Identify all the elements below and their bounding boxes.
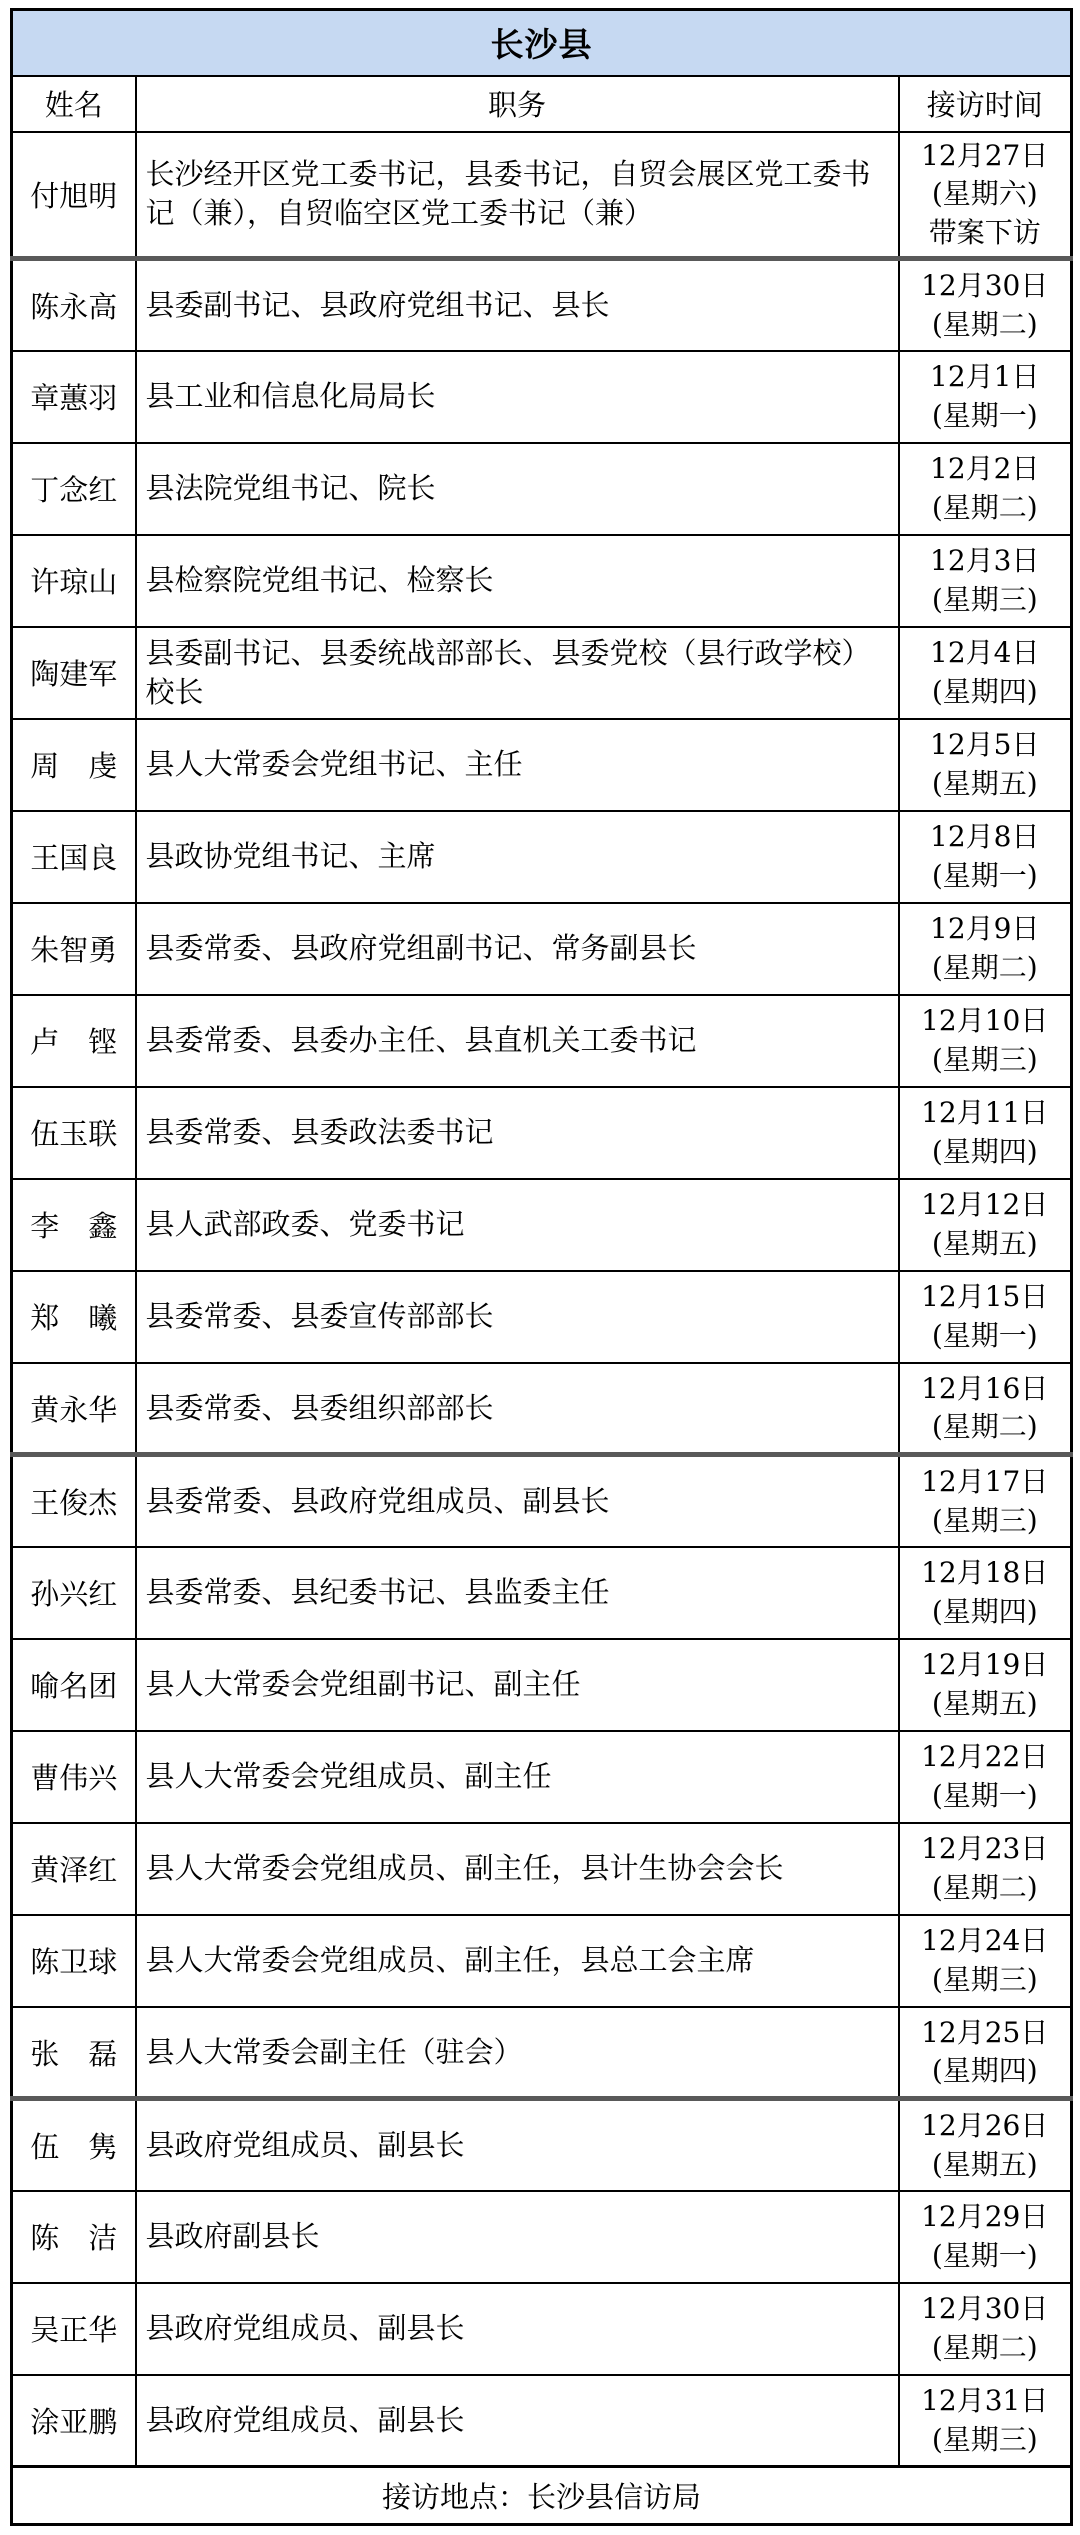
reception-weekday: (星期二) (902, 1408, 1069, 1447)
reception-time-cell: 12月11日(星期四) (899, 1087, 1072, 1179)
reception-date: 12月8日 (902, 818, 1069, 857)
reception-date: 12月30日 (902, 267, 1069, 306)
official-name: 黄泽红 (12, 1823, 136, 1915)
reception-date: 12月2日 (902, 450, 1069, 489)
reception-weekday: (星期二) (902, 1869, 1069, 1908)
reception-date: 12月1日 (902, 358, 1069, 397)
reception-time-cell: 12月31日(星期三) (899, 2375, 1072, 2467)
reception-date: 12月25日 (902, 2014, 1069, 2053)
reception-time-cell: 12月5日(星期五) (899, 719, 1072, 811)
table-row: 伍玉联县委常委、县委政法委书记12月11日(星期四) (12, 1087, 1072, 1179)
reception-date: 12月26日 (902, 2107, 1069, 2146)
official-position: 县政府党组成员、副县长 (136, 2375, 899, 2467)
table-row: 李 鑫县人武部政委、党委书记12月12日(星期五) (12, 1179, 1072, 1271)
reception-schedule-table: 长沙县 姓名 职务 接访时间 付旭明长沙经开区党工委书记，县委书记，自贸会展区党… (10, 8, 1073, 2526)
official-position: 县政府副县长 (136, 2191, 899, 2283)
reception-weekday: (星期四) (902, 2052, 1069, 2091)
reception-weekday: (星期一) (902, 397, 1069, 436)
reception-date: 12月5日 (902, 726, 1069, 765)
reception-date: 12月16日 (902, 1370, 1069, 1409)
official-position: 县人武部政委、党委书记 (136, 1179, 899, 1271)
reception-date: 12月12日 (902, 1186, 1069, 1225)
table-title-row: 长沙县 (12, 10, 1072, 76)
county-title: 长沙县 (12, 10, 1072, 76)
table-row: 章蕙羽县工业和信息化局局长12月1日(星期一) (12, 351, 1072, 443)
table-row: 王国良县政协党组书记、主席12月8日(星期一) (12, 811, 1072, 903)
reception-time-cell: 12月26日(星期五) (899, 2099, 1072, 2191)
official-name: 付旭明 (12, 132, 136, 259)
reception-weekday: (星期四) (902, 1133, 1069, 1172)
table-row: 张 磊县人大常委会副主任（驻会）12月25日(星期四) (12, 2007, 1072, 2099)
reception-weekday: (星期五) (902, 1225, 1069, 1264)
official-name: 孙兴红 (12, 1547, 136, 1639)
official-position: 县委常委、县政府党组副书记、常务副县长 (136, 903, 899, 995)
reception-weekday: (星期四) (902, 1593, 1069, 1632)
official-name: 陶建军 (12, 627, 136, 719)
official-position: 县政协党组书记、主席 (136, 811, 899, 903)
official-position: 县检察院党组书记、检察长 (136, 535, 899, 627)
reception-time-cell: 12月22日(星期一) (899, 1731, 1072, 1823)
official-position: 县委副书记、县委统战部部长、县委党校（县行政学校）校长 (136, 627, 899, 719)
column-header-row: 姓名 职务 接访时间 (12, 76, 1072, 132)
reception-date: 12月27日 (902, 137, 1069, 176)
reception-date: 12月23日 (902, 1830, 1069, 1869)
official-position: 县政府党组成员、副县长 (136, 2283, 899, 2375)
reception-date: 12月15日 (902, 1278, 1069, 1317)
reception-weekday: (星期二) (902, 306, 1069, 345)
reception-time-cell: 12月25日(星期四) (899, 2007, 1072, 2099)
official-position: 县委常委、县委宣传部部长 (136, 1271, 899, 1363)
reception-weekday: (星期四) (902, 673, 1069, 712)
table-row: 付旭明长沙经开区党工委书记，县委书记，自贸会展区党工委书记（兼），自贸临空区党工… (12, 132, 1072, 259)
official-name: 章蕙羽 (12, 351, 136, 443)
reception-weekday: (星期二) (902, 489, 1069, 528)
table-row: 许琼山县检察院党组书记、检察长12月3日(星期三) (12, 535, 1072, 627)
reception-weekday: (星期一) (902, 1777, 1069, 1816)
reception-date: 12月9日 (902, 910, 1069, 949)
reception-weekday: (星期三) (902, 2421, 1069, 2460)
reception-weekday: (星期二) (902, 2329, 1069, 2368)
reception-weekday: (星期六) (902, 175, 1069, 214)
official-position: 县人大常委会党组成员、副主任，县计生协会会长 (136, 1823, 899, 1915)
official-name: 周 虔 (12, 719, 136, 811)
reception-date: 12月22日 (902, 1738, 1069, 1777)
reception-weekday: (星期三) (902, 1961, 1069, 2000)
reception-weekday: (星期五) (902, 2146, 1069, 2185)
column-header-position: 职务 (136, 76, 899, 132)
reception-time-cell: 12月4日(星期四) (899, 627, 1072, 719)
table-row: 陈卫球县人大常委会党组成员、副主任，县总工会主席12月24日(星期三) (12, 1915, 1072, 2007)
official-position: 长沙经开区党工委书记，县委书记，自贸会展区党工委书记（兼），自贸临空区党工委书记… (136, 132, 899, 259)
reception-weekday: (星期三) (902, 1041, 1069, 1080)
table-row: 陈 洁县政府副县长12月29日(星期一) (12, 2191, 1072, 2283)
reception-date: 12月29日 (902, 2198, 1069, 2237)
official-name: 涂亚鹏 (12, 2375, 136, 2467)
reception-time-cell: 12月29日(星期一) (899, 2191, 1072, 2283)
table-row: 朱智勇县委常委、县政府党组副书记、常务副县长12月9日(星期二) (12, 903, 1072, 995)
reception-time-cell: 12月3日(星期三) (899, 535, 1072, 627)
official-position: 县人大常委会党组书记、主任 (136, 719, 899, 811)
table-row: 丁念红县法院党组书记、院长12月2日(星期二) (12, 443, 1072, 535)
table-row: 黄永华县委常委、县委组织部部长12月16日(星期二) (12, 1363, 1072, 1455)
official-name: 伍 隽 (12, 2099, 136, 2191)
official-name: 卢 铿 (12, 995, 136, 1087)
reception-weekday: (星期五) (902, 765, 1069, 804)
table-footer-row: 接访地点：长沙县信访局 (12, 2467, 1072, 2525)
reception-date: 12月19日 (902, 1646, 1069, 1685)
official-position: 县委常委、县委办主任、县直机关工委书记 (136, 995, 899, 1087)
reception-time-cell: 12月19日(星期五) (899, 1639, 1072, 1731)
official-name: 黄永华 (12, 1363, 136, 1455)
official-position: 县人大常委会副主任（驻会） (136, 2007, 899, 2099)
table-row: 涂亚鹏县政府党组成员、副县长12月31日(星期三) (12, 2375, 1072, 2467)
official-name: 陈 洁 (12, 2191, 136, 2283)
reception-time-cell: 12月17日(星期三) (899, 1455, 1072, 1547)
table-row: 王俊杰县委常委、县政府党组成员、副县长12月17日(星期三) (12, 1455, 1072, 1547)
column-header-name: 姓名 (12, 76, 136, 132)
table-row: 吴正华县政府党组成员、副县长12月30日(星期二) (12, 2283, 1072, 2375)
official-position: 县人大常委会党组成员、副主任，县总工会主席 (136, 1915, 899, 2007)
reception-time-cell: 12月2日(星期二) (899, 443, 1072, 535)
reception-time-cell: 12月8日(星期一) (899, 811, 1072, 903)
reception-time-cell: 12月24日(星期三) (899, 1915, 1072, 2007)
reception-weekday: (星期一) (902, 2237, 1069, 2276)
official-position: 县委副书记、县政府党组书记、县长 (136, 259, 899, 351)
official-name: 朱智勇 (12, 903, 136, 995)
official-name: 伍玉联 (12, 1087, 136, 1179)
reception-time-cell: 12月27日(星期六)带案下访 (899, 132, 1072, 259)
reception-weekday: (星期三) (902, 581, 1069, 620)
column-header-time: 接访时间 (899, 76, 1072, 132)
page: 长沙县 姓名 职务 接访时间 付旭明长沙经开区党工委书记，县委书记，自贸会展区党… (0, 0, 1080, 2535)
table-row: 周 虔县人大常委会党组书记、主任12月5日(星期五) (12, 719, 1072, 811)
reception-weekday: (星期二) (902, 949, 1069, 988)
reception-time-cell: 12月1日(星期一) (899, 351, 1072, 443)
official-position: 县人大常委会党组副书记、副主任 (136, 1639, 899, 1731)
table-row: 陶建军县委副书记、县委统战部部长、县委党校（县行政学校）校长12月4日(星期四) (12, 627, 1072, 719)
official-name: 陈永高 (12, 259, 136, 351)
reception-time-cell: 12月15日(星期一) (899, 1271, 1072, 1363)
reception-time-cell: 12月16日(星期二) (899, 1363, 1072, 1455)
reception-date: 12月18日 (902, 1554, 1069, 1593)
reception-time-cell: 12月30日(星期二) (899, 2283, 1072, 2375)
official-name: 丁念红 (12, 443, 136, 535)
table-row: 黄泽红县人大常委会党组成员、副主任，县计生协会会长12月23日(星期二) (12, 1823, 1072, 1915)
table-row: 卢 铿县委常委、县委办主任、县直机关工委书记12月10日(星期三) (12, 995, 1072, 1087)
official-name: 喻名团 (12, 1639, 136, 1731)
reception-time-cell: 12月10日(星期三) (899, 995, 1072, 1087)
official-name: 吴正华 (12, 2283, 136, 2375)
table-row: 伍 隽县政府党组成员、副县长12月26日(星期五) (12, 2099, 1072, 2191)
reception-date: 12月11日 (902, 1094, 1069, 1133)
official-name: 陈卫球 (12, 1915, 136, 2007)
official-position: 县委常委、县政府党组成员、副县长 (136, 1455, 899, 1547)
official-position: 县委常委、县纪委书记、县监委主任 (136, 1547, 899, 1639)
official-position: 县人大常委会党组成员、副主任 (136, 1731, 899, 1823)
official-position: 县委常委、县委组织部部长 (136, 1363, 899, 1455)
reception-time-cell: 12月23日(星期二) (899, 1823, 1072, 1915)
reception-location: 接访地点：长沙县信访局 (12, 2467, 1072, 2525)
official-name: 郑 曦 (12, 1271, 136, 1363)
reception-date: 12月31日 (902, 2382, 1069, 2421)
official-name: 王国良 (12, 811, 136, 903)
official-name: 王俊杰 (12, 1455, 136, 1547)
reception-time-cell: 12月9日(星期二) (899, 903, 1072, 995)
reception-date: 12月17日 (902, 1463, 1069, 1502)
reception-date: 12月24日 (902, 1922, 1069, 1961)
reception-time-cell: 12月18日(星期四) (899, 1547, 1072, 1639)
table-row: 陈永高县委副书记、县政府党组书记、县长12月30日(星期二) (12, 259, 1072, 351)
reception-date: 12月4日 (902, 634, 1069, 673)
reception-weekday: (星期五) (902, 1685, 1069, 1724)
reception-weekday: (星期三) (902, 1502, 1069, 1541)
official-position: 县法院党组书记、院长 (136, 443, 899, 535)
table-row: 喻名团县人大常委会党组副书记、副主任12月19日(星期五) (12, 1639, 1072, 1731)
reception-weekday: (星期一) (902, 857, 1069, 896)
official-name: 许琼山 (12, 535, 136, 627)
official-position: 县委常委、县委政法委书记 (136, 1087, 899, 1179)
reception-date: 12月10日 (902, 1002, 1069, 1041)
official-name: 张 磊 (12, 2007, 136, 2099)
table-row: 郑 曦县委常委、县委宣传部部长12月15日(星期一) (12, 1271, 1072, 1363)
reception-weekday: (星期一) (902, 1317, 1069, 1356)
reception-time-cell: 12月12日(星期五) (899, 1179, 1072, 1271)
official-position: 县工业和信息化局局长 (136, 351, 899, 443)
reception-time-cell: 12月30日(星期二) (899, 259, 1072, 351)
table-row: 曹伟兴县人大常委会党组成员、副主任12月22日(星期一) (12, 1731, 1072, 1823)
reception-date: 12月30日 (902, 2290, 1069, 2329)
official-position: 县政府党组成员、副县长 (136, 2099, 899, 2191)
reception-note: 带案下访 (902, 214, 1069, 253)
official-name: 曹伟兴 (12, 1731, 136, 1823)
reception-date: 12月3日 (902, 542, 1069, 581)
official-name: 李 鑫 (12, 1179, 136, 1271)
table-row: 孙兴红县委常委、县纪委书记、县监委主任12月18日(星期四) (12, 1547, 1072, 1639)
